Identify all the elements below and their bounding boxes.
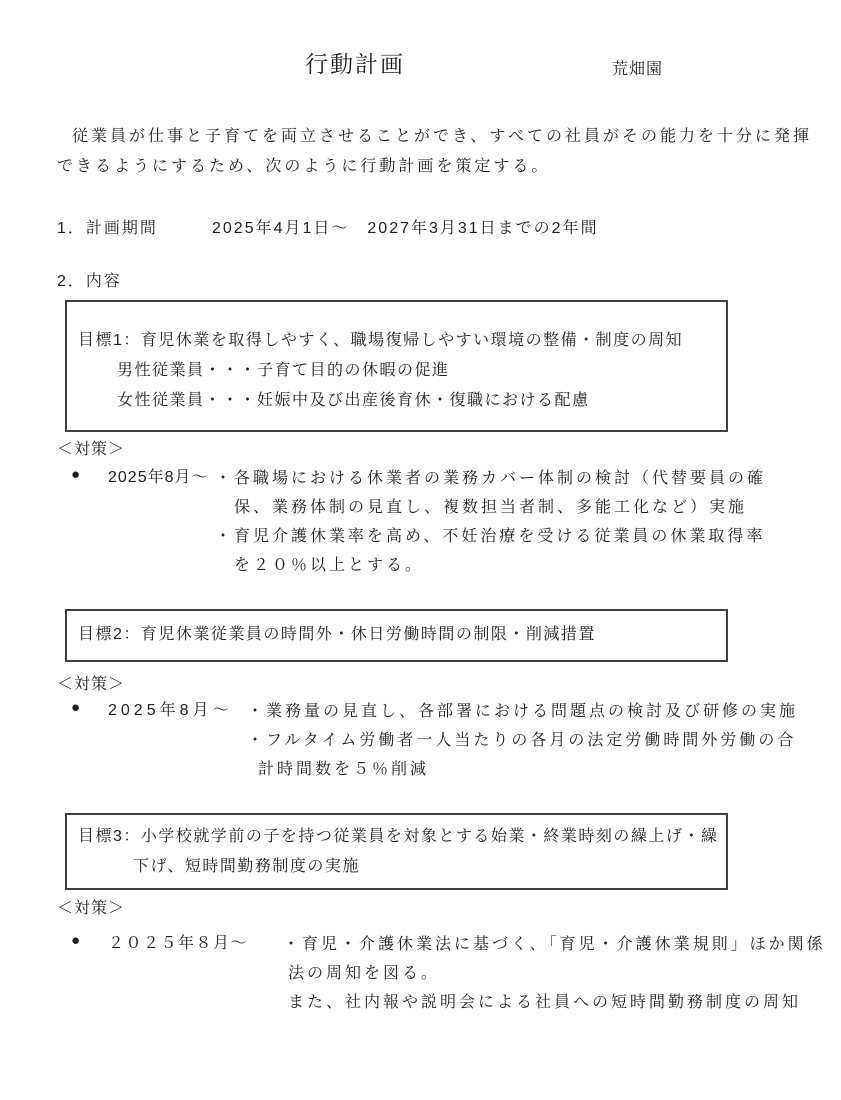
goal-box-line: 女性従業員・・・妊娠中及び出産後育休・復職における配慮 — [117, 386, 726, 416]
measure-desc: ・育児・介護休業法に基づく、「育児・介護休業規則」ほか関係 法の周知を図る。 ま… — [283, 930, 826, 1017]
measure-desc-line: ・フルタイム労働者一人当たりの各月の法定労働時間外労働の合 — [247, 726, 798, 755]
goal-box-line: 男性従業員・・・子育て目的の休暇の促進 — [117, 356, 726, 386]
measure-date: ２０２５年８月～ — [108, 930, 248, 953]
measure-desc: ・各職場における休業者の業務カバー体制の検討（代替要員の確 保、業務体制の見直し… — [215, 464, 766, 580]
company-name: 荒畑園 — [612, 56, 663, 79]
bullet-icon: ● — [71, 466, 80, 483]
goal3-box: 目標3：小学校就学前の子を持つ従業員を対象とする始業・終業時刻の繰上げ・繰 下げ… — [65, 813, 728, 890]
measure-desc-line: ・各職場における休業者の業務カバー体制の検討（代替要員の確 — [215, 464, 766, 493]
measures-label: ＜対策＞ — [57, 895, 125, 918]
goal1-box: 目標1：育児休業を取得しやすく、職場復帰しやすい環境の整備・制度の周知 男性従業… — [65, 300, 728, 432]
goal-box-line: 目標3：小学校就学前の子を持つ従業員を対象とする始業・終業時刻の繰上げ・繰 — [78, 822, 726, 852]
intro-line: できるようにするため、次のように行動計画を策定する。 — [57, 152, 812, 182]
measure-desc-line: ・業務量の見直し、各部署における問題点の検討及び研修の実施 — [247, 697, 798, 726]
goal-box-line: 下げ、短時間勤務制度の実施 — [133, 852, 726, 882]
plan-period-label: 1．計画期間 — [57, 215, 158, 238]
contents-label: 2．内容 — [57, 268, 122, 291]
plan-period-value: 2025年4月1日～ 2027年3月31日までの2年間 — [212, 215, 599, 238]
measure-desc-line: ・育児・介護休業法に基づく、「育児・介護休業規則」ほか関係 — [283, 930, 826, 959]
goal-box-line: 目標1：育児休業を取得しやすく、職場復帰しやすい環境の整備・制度の周知 — [78, 326, 726, 356]
measure-desc-line: ・育児介護休業率を高め、不妊治療を受ける従業員の休業取得率 — [215, 522, 766, 551]
measure-desc: ・業務量の見直し、各部署における問題点の検討及び研修の実施 ・フルタイム労働者一… — [247, 697, 798, 784]
measure-desc-line: を２０％以上とする。 — [234, 551, 766, 580]
document-page: 行動計画 荒畑園 従業員が仕事と子育てを両立させることができ、すべての社員がその… — [0, 0, 841, 1100]
goal2-box: 目標2：育児休業従業員の時間外・休日労働時間の制限・削減措置 — [65, 609, 728, 662]
measure-desc-line: また、社内報や説明会による社員への短時間勤務制度の周知 — [288, 988, 826, 1017]
measure-date: 2025年8月～ — [108, 697, 233, 720]
measures-label: ＜対策＞ — [57, 671, 125, 694]
intro-paragraph: 従業員が仕事と子育てを両立させることができ、すべての社員がその能力を十分に発揮 … — [57, 122, 812, 182]
goal-box-line: 目標2：育児休業従業員の時間外・休日労働時間の制限・削減措置 — [78, 620, 726, 650]
measure-desc-line: 法の周知を図る。 — [288, 959, 826, 988]
measure-desc-line: 計時間数を５％削減 — [258, 755, 798, 784]
intro-line: 従業員が仕事と子育てを両立させることができ、すべての社員がその能力を十分に発揮 — [57, 122, 812, 152]
measure-date: 2025年8月～ — [108, 464, 209, 487]
document-title: 行動計画 — [305, 46, 405, 79]
measure-desc-line: 保、業務体制の見直し、複数担当者制、多能工化など）実施 — [234, 493, 766, 522]
bullet-icon: ● — [71, 932, 80, 949]
measures-label: ＜対策＞ — [57, 436, 125, 459]
bullet-icon: ● — [71, 699, 80, 716]
